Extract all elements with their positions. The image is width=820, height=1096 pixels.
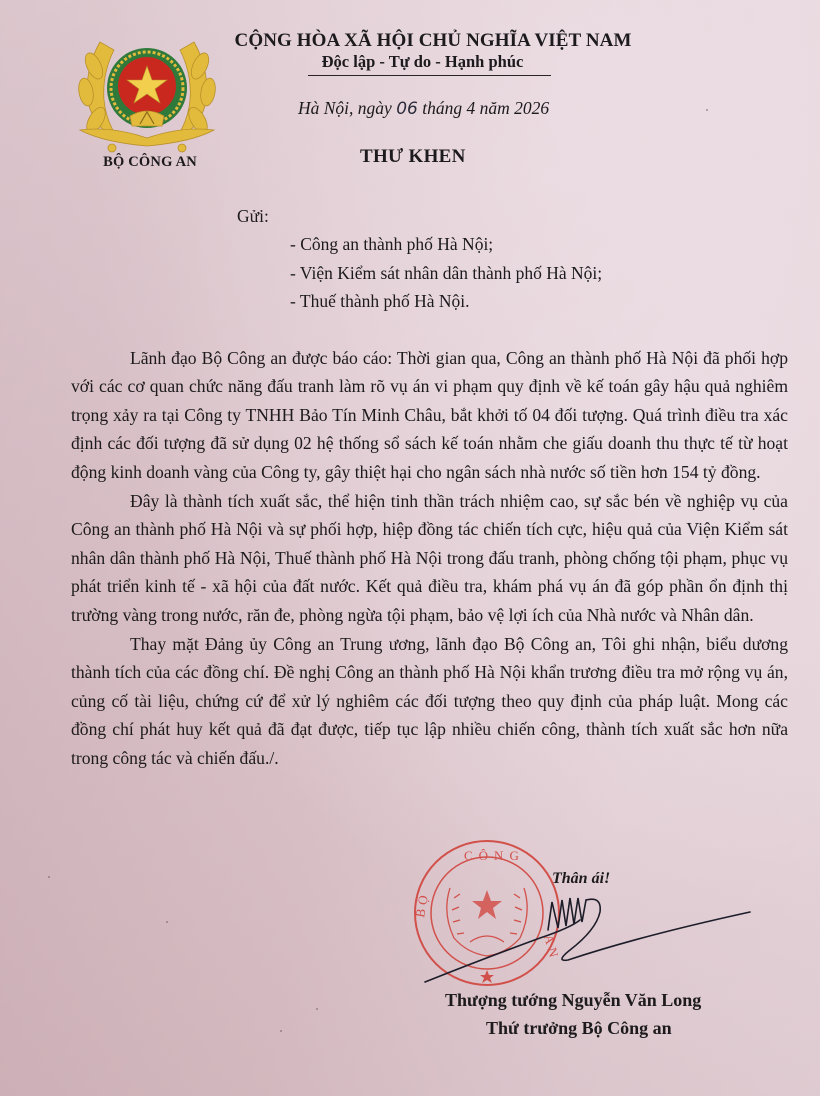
signature-icon — [420, 890, 760, 990]
signer-title: Thứ trưởng Bộ Công an — [486, 1018, 672, 1039]
body-paragraph: Lãnh đạo Bộ Công an được báo cáo: Thời g… — [71, 344, 788, 486]
recipient-item: - Viện Kiểm sát nhân dân thành phố Hà Nộ… — [290, 259, 602, 288]
recipients-label: Gửi: — [237, 206, 269, 227]
body-paragraph: Đây là thành tích xuất sắc, thể hiện tin… — [71, 487, 788, 629]
document-title: THƯ KHEN — [360, 146, 466, 168]
police-emblem-icon — [72, 30, 222, 155]
paper-speck — [48, 876, 50, 878]
paper-speck — [316, 1008, 318, 1010]
closing-greeting: Thân ái! — [552, 870, 610, 888]
paper-speck — [706, 109, 708, 111]
signer-name: Thượng tướng Nguyễn Văn Long — [445, 990, 701, 1011]
letter-page: BỘ CÔNG AN CỘNG HÒA XÃ HỘI CHỦ NGHĨA VIỆ… — [0, 0, 820, 1096]
recipient-list: - Công an thành phố Hà Nội; - Viện Kiểm … — [290, 230, 602, 316]
motto-underline — [308, 75, 551, 76]
recipient-item: - Công an thành phố Hà Nội; — [290, 230, 602, 259]
paper-speck — [280, 1030, 282, 1032]
recipient-item: - Thuế thành phố Hà Nội. — [290, 287, 602, 316]
dateline: Hà Nội, ngày 06 tháng 4 năm 2026 — [298, 98, 549, 119]
national-heading: CỘNG HÒA XÃ HỘI CHỦ NGHĨA VIỆT NAM — [218, 30, 648, 52]
national-motto: Độc lập - Tự do - Hạnh phúc — [300, 52, 545, 72]
body-paragraph: Thay mặt Đảng ủy Công an Trung ương, lãn… — [71, 630, 788, 772]
date-prefix: Hà Nội, ngày — [298, 98, 392, 118]
letter-body: Lãnh đạo Bộ Công an được báo cáo: Thời g… — [71, 344, 788, 772]
agency-name: BỘ CÔNG AN — [95, 154, 205, 171]
seal-text-top: CÔNG — [464, 848, 525, 863]
date-day: 06 — [396, 99, 418, 119]
date-suffix: tháng 4 năm 2026 — [422, 98, 549, 118]
paper-speck — [166, 921, 168, 923]
